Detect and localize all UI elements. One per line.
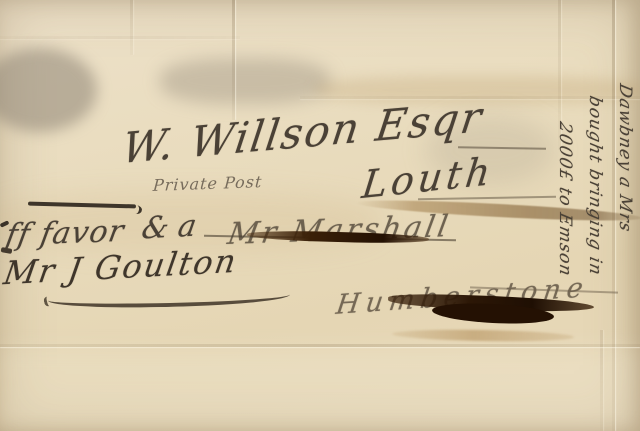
goulton-underline-hook — [43, 295, 56, 307]
side-note-line-2: bought bringing in — [580, 81, 610, 337]
side-note-rotated: Dawbney a Mrs bought bringing in 2000£ t… — [548, 84, 640, 334]
favor-prefix: ff favor — [3, 214, 127, 253]
favor-connector: & a — [139, 208, 199, 246]
postal-note: Private Post — [152, 172, 263, 195]
stain-light-bottom — [0, 348, 640, 431]
pen-line-t-cross — [458, 146, 546, 150]
crease-vertical-center — [232, 0, 235, 120]
letter-scan: W. Willson Esqr Private Post Louth ff fa… — [0, 0, 640, 431]
crease-horizontal-lower — [0, 344, 640, 347]
humberstone-smudge-light — [392, 328, 574, 342]
crossed-out-name: Mr Marshall — [225, 209, 453, 252]
crease-horizontal-top — [0, 36, 240, 39]
side-note-line-3: 2000£ to Emson — [550, 81, 580, 337]
pen-line-hook — [129, 204, 142, 215]
destination-town: Louth — [360, 149, 497, 208]
goulton-underline-flourish — [48, 286, 290, 309]
crease-vertical-left — [130, 0, 133, 55]
pen-line-above-favor — [28, 202, 136, 209]
stain-gray-top-left — [0, 48, 97, 132]
side-note-line-1: Dawbney a Mrs — [610, 81, 640, 337]
